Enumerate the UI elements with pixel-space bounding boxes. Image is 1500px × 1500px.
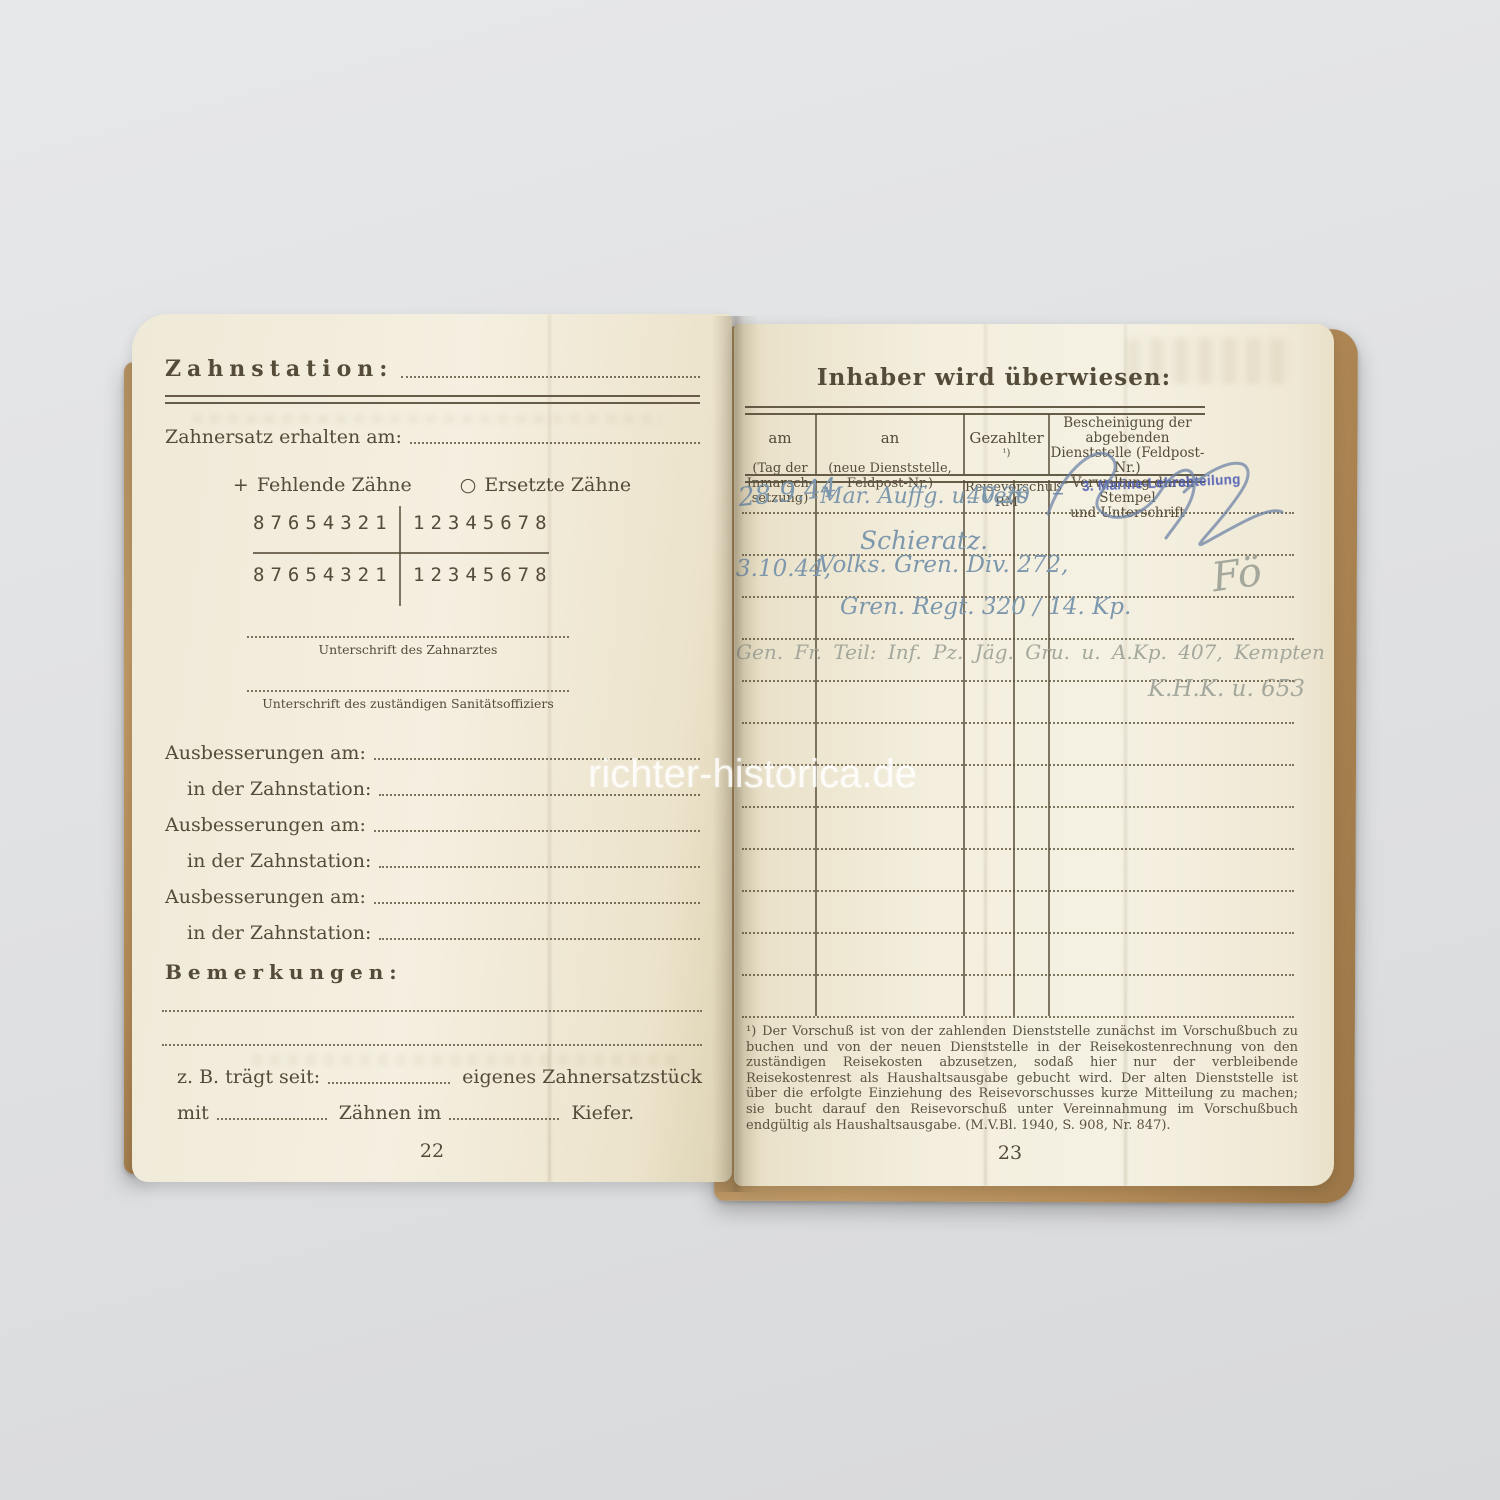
bleed-through-smudge (192, 414, 662, 424)
denture-received-row: Zahnersatz erhalten am: (165, 426, 702, 448)
entry-date-handwriting: 3.10.44, (736, 556, 831, 582)
transfer-heading: Inhaber wird überwiesen: (764, 364, 1224, 391)
repair-date-label: Ausbesserungen am: (165, 886, 366, 908)
table-row-line (742, 806, 1294, 808)
fill-in-dotted-line (410, 442, 700, 444)
page-number-23: 23 (734, 1142, 1310, 1164)
fill-in-dotted-line (374, 830, 700, 832)
dental-chart-upper-left: 87654321 (253, 512, 385, 534)
with-label: mit (177, 1102, 209, 1124)
dentist-signature-caption: Unterschrift des Zahnarztes (247, 642, 569, 657)
entry-pencil-note: Gen. Fr. Teil: Inf. Pz. Jäg. Gru. u. A.K… (736, 640, 1325, 664)
circle-icon: ○ (460, 474, 477, 496)
watermark: richter-historica.de (588, 752, 917, 797)
entry-unit-handwriting: Schieratz. (860, 526, 988, 555)
denture-received-label: Zahnersatz erhalten am: (165, 426, 402, 448)
fill-in-dotted-line (401, 376, 700, 378)
page-22: Zahnstation: Zahnersatz erhalten am: +Fe… (132, 314, 732, 1182)
fill-in-dotted-line (379, 866, 700, 868)
dental-chart-lower-right: 12345678 (413, 564, 553, 586)
table-row-line (742, 974, 1294, 976)
entry-initials-pencil: Fö (1209, 549, 1265, 601)
legend-replaced-teeth: ○Ersetzte Zähne (460, 474, 631, 496)
dental-chart-horizontal-divider (253, 552, 549, 554)
dental-station-heading: Zahnstation: (165, 356, 393, 382)
table-row-line (742, 932, 1294, 934)
repair-station-row: in der Zahnstation: (187, 922, 702, 944)
entry-advance-handwriting: 40,20 (967, 484, 1030, 509)
repair-station-label: in der Zahnstation: (187, 778, 371, 800)
remarks-line (162, 1010, 702, 1012)
photo-scene: Zahnstation: Zahnersatz erhalten am: +Fe… (0, 0, 1500, 1500)
fill-in-dotted-line (217, 1118, 327, 1120)
plus-icon: + (233, 474, 249, 496)
signature-scrawl (1034, 428, 1294, 568)
remarks-heading: Bemerkungen: (165, 960, 403, 984)
repair-date-label: Ausbesserungen am: (165, 742, 366, 764)
fill-in-dotted-line (449, 1118, 559, 1120)
dentist-signature-line (247, 636, 569, 638)
own-denture-label: eigenes Zahnersatzstück (462, 1066, 702, 1088)
dental-chart-vertical-divider (399, 506, 401, 606)
tooth-legend: +Fehlende Zähne ○Ersetzte Zähne (202, 474, 662, 496)
remarks-line (162, 1044, 702, 1046)
legend-missing-teeth: +Fehlende Zähne (233, 474, 412, 496)
dental-station-row: Zahnstation: (165, 356, 702, 382)
dental-chart-lower-left: 87654321 (253, 564, 385, 586)
dental-chart-upper-right: 12345678 (413, 512, 553, 534)
legend-replaced-label: Ersetzte Zähne (484, 474, 631, 496)
repair-row: Ausbesserungen am: (165, 886, 702, 908)
column-header-date: am (Tag der Inmarsch- setzung) (745, 414, 815, 474)
column-title-am: am (745, 431, 815, 446)
repair-row: Ausbesserungen am: (165, 814, 702, 836)
repair-station-row: in der Zahnstation: (187, 850, 702, 872)
entry-unit-handwriting: Volks. Gren. Div. 272, (818, 552, 1068, 578)
page-number-22: 22 (132, 1140, 732, 1162)
double-rule (165, 395, 700, 404)
wears-since-label: z. B. trägt seit: (177, 1066, 320, 1088)
entry-pencil-note: K.H.K. u. 653 (1148, 676, 1305, 702)
denture-example-row: z. B. trägt seit: eigenes Zahnersatzstüc… (177, 1066, 702, 1088)
dental-chart-grid: 87654321 12345678 87654321 12345678 (253, 512, 553, 604)
entry-unit-handwriting: Gren. Regt. 320 / 14. Kp. (840, 594, 1131, 620)
medical-officer-signature-line (247, 690, 569, 692)
footnote-reference: ¹) (1003, 448, 1011, 459)
bleed-through-smudge (252, 1054, 682, 1066)
teeth-in-label: Zähnen im (339, 1102, 442, 1124)
column-header-unit: an (neue Dienststelle, Feldpost-Nr.) (815, 414, 963, 474)
denture-example-row2: mit Zähnen im Kiefer. (177, 1102, 647, 1124)
column-title-an: an (817, 431, 963, 446)
advance-title-text: Gezahlter (969, 429, 1043, 447)
table-row-line (742, 722, 1294, 724)
repair-date-label: Ausbesserungen am: (165, 814, 366, 836)
fill-in-dotted-line (379, 938, 700, 940)
fill-in-dotted-line (328, 1082, 450, 1084)
jaw-label: Kiefer. (571, 1102, 634, 1124)
advance-footnote: ¹) Der Vorschuß ist von der zahlenden Di… (746, 1024, 1298, 1133)
table-row-line (742, 1016, 1294, 1018)
legend-missing-label: Fehlende Zähne (257, 474, 412, 496)
table-row-line (742, 890, 1294, 892)
fill-in-dotted-line (374, 902, 700, 904)
medical-officer-signature-caption: Unterschrift des zuständigen Sanitätsoff… (232, 696, 584, 711)
table-row-line (742, 848, 1294, 850)
repair-station-label: in der Zahnstation: (187, 922, 371, 944)
repair-station-label: in der Zahnstation: (187, 850, 371, 872)
